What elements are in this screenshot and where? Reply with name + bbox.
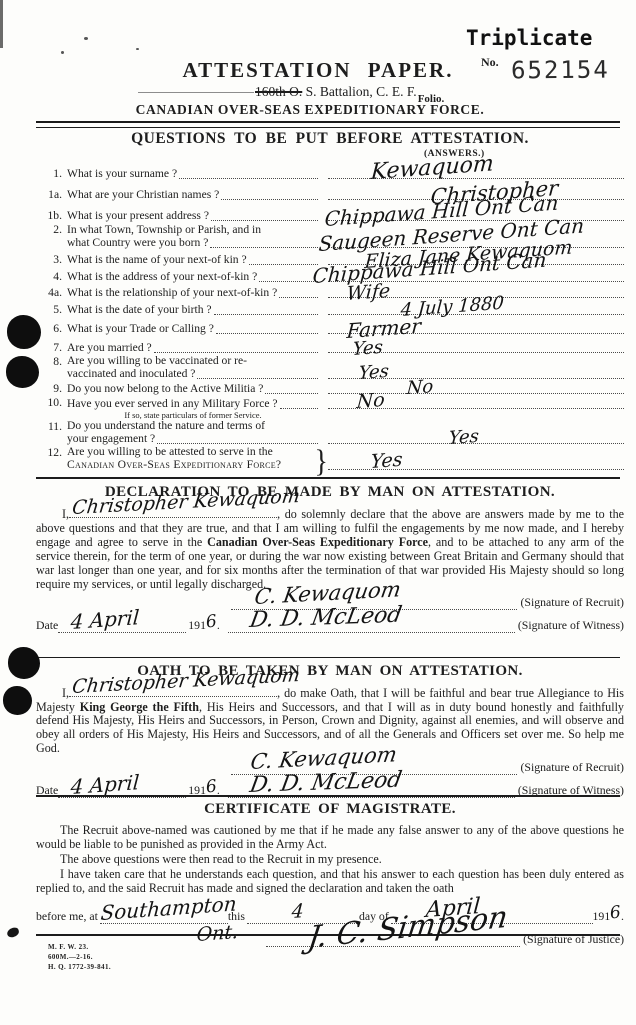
scan-speck [136,48,139,50]
date-label: Date [36,618,58,633]
question-number: 1b. [36,209,67,223]
question-row: 7. Are you married ? Yes [36,336,624,355]
dotted-leader [197,378,318,379]
question-text: what Country were you born ? [67,236,208,250]
force-name: CANADIAN OVER-SEAS EXPEDITIONARY FORCE. [0,102,620,118]
question-row: 11. Do you understand the nature and ter… [36,420,624,446]
answer-line: Yes [328,336,624,355]
dotted-leader [265,393,318,394]
declaration-section: DECLARATION TO BE MADE BY MAN ON ATTESTA… [36,482,624,633]
question-text: What is the relationship of your next-of… [67,286,277,300]
signature-witness-label: (Signature of Witness) [518,618,624,633]
dotted-leader [179,178,318,179]
before-me-label: before me, at [36,909,98,924]
question-text: Are you willing to be vaccinated or re- [67,354,247,368]
serial-number: 652154 [511,56,610,85]
handwritten-answer: Farmer [346,316,422,341]
attestation-paper-scan: Triplicate ATTESTATION PAPER. No. 652154… [0,0,636,1025]
certificate-heading: CERTIFICATE OF MAGISTRATE. [36,801,624,818]
day-handwritten: 4 [291,902,304,922]
year-printed: 191 [593,909,611,924]
question-number: 7. [36,341,67,355]
battalion-line: 160th O. S. Battalion, C. E. F.Folio. [138,84,443,100]
certificate-section: CERTIFICATE OF MAGISTRATE. The Recruit a… [36,799,624,947]
certificate-paragraph: The above questions were then read to th… [36,852,624,866]
dotted-leader [211,220,318,221]
question-row: 12. Are you willing to be attested to se… [36,446,624,472]
hole-punch [6,356,39,388]
certificate-paragraph: I have taken care that he understands ea… [36,867,624,895]
name-blank: Christopher Kewaquom [69,685,277,697]
answer-line: Farmer [328,317,624,336]
declaration-bold-phrase: Canadian Over-Seas Expeditionary Force [207,535,428,549]
province-handwritten: Ont. [196,923,239,945]
witness-line: D. D. McLeod [228,619,515,633]
dotted-leader [221,199,318,200]
form-code-line: M. F. W. 23. [48,942,111,952]
question-row: 5. What is the date of your birth ? 4 Ju… [36,300,624,317]
year-handwritten: 6 [205,614,218,632]
answer-line: Yes [328,446,624,472]
oath-section: OATH TO BE TAKEN BY MAN ON ATTESTATION. … [36,661,624,798]
questions-section: QUESTIONS TO BE PUT BEFORE ATTESTATION. … [36,130,624,472]
question-number: 4. [36,270,67,284]
question-row: 9. Do you now belong to the Active Milit… [36,381,624,396]
question-text: What is the date of your birth ? [67,303,212,317]
question-text: vaccinated and inoculated ? [67,367,195,381]
question-text: What is the address of your next-of-kin … [67,270,257,284]
section-rule [36,477,620,479]
declaration-paragraph: I,Christopher Kewaquom, do solemnly decl… [36,506,624,591]
hole-punch [3,686,32,715]
handwritten-answer: No [406,378,434,398]
intro-prefix: I, [62,686,69,700]
date-handwritten: 4 April [70,607,140,632]
year-handwritten: 6 [609,905,622,923]
question-text: What is your present address ? [67,209,209,223]
dotted-leader [216,333,318,334]
date-handwritten: 4 April [70,772,140,797]
handwritten-answer: Yes [370,451,403,472]
question-text: Are you willing to be attested to serve … [67,445,273,459]
double-rule [36,121,620,128]
scan-speck [61,51,64,54]
scan-speck [84,37,88,40]
date-line: 4 April [58,619,186,633]
question-number: 5. [36,303,67,317]
question-number: 4a. [36,286,67,300]
signature-recruit-label: (Signature of Recruit) [520,595,624,610]
hole-punch [8,647,40,679]
question-number: 9. [36,382,67,396]
battalion-text: S. Battalion, C. E. F. [306,84,417,99]
date-row: Date 4 April 1916. D. D. McLeod (Signatu… [36,616,624,633]
questions-heading: QUESTIONS TO BE PUT BEFORE ATTESTATION. [36,130,624,148]
question-text: Canadian Over-Seas Expeditionary Force? [67,458,281,472]
section-rule [36,657,620,658]
serial-no-label: No. [481,55,499,70]
dotted-leader [214,314,318,315]
year-printed: 191 [188,618,206,633]
question-text: In what Town, Township or Parish, and in [67,223,261,237]
oath-bold-phrase: King George the Fifth [80,700,199,714]
question-row: 8. Are you willing to be vaccinated or r… [36,355,624,381]
scan-edge-artifact [0,0,3,48]
witness-signature: D. D. McLeod [248,605,403,632]
strikethrough-battalion: 160th O. [255,84,302,99]
question-number: 11. [36,420,67,434]
answer-line: No [328,396,624,420]
handwritten-answer: Yes [352,339,383,359]
form-code-block: M. F. W. 23. 600M.—2-16. H. Q. 1772-39-8… [48,942,111,972]
printer-ornament-icon [6,927,20,939]
question-text: What are your Christian names ? [67,188,219,202]
handwritten-answer: Yes [358,363,389,383]
question-number: 12. [36,446,67,460]
question-text: Do you understand the nature and terms o… [67,419,265,433]
question-number: 2. [36,223,67,237]
dotted-leader [210,247,318,248]
handwritten-answer: Kewaquom [370,153,494,184]
handwritten-answer: No [356,391,385,412]
question-text: What is the name of your next-of kin ? [67,253,247,267]
question-number: 8. [36,355,67,369]
name-blank: Christopher Kewaquom [69,506,277,518]
question-text: What is your surname ? [67,167,177,181]
answer-line: Kewaquom [328,161,624,181]
question-text: Do you now belong to the Active Militia … [67,382,263,396]
question-row: 6. What is your Trade or Calling ? Farme… [36,317,624,336]
dotted-leader [259,281,318,282]
dotted-leader [280,408,318,409]
question-number: 10. [36,396,67,410]
signature-recruit-label: (Signature of Recruit) [520,760,624,775]
form-code-line: H. Q. 1772-39-841. [48,962,111,972]
dotted-leader [249,264,318,265]
question-number: 1. [36,167,67,181]
handwritten-answer: Wife [346,282,391,304]
question-number: 3. [36,253,67,267]
witness-signature: D. D. McLeod [248,770,403,797]
handwritten-answer: Yes [448,428,479,448]
certificate-paragraph: The Recruit above-named was cautioned by… [36,823,624,851]
copy-label: Triplicate [466,26,592,50]
question-text: Have you ever served in any Military For… [67,397,278,411]
question-row: 10. Have you ever served in any Military… [36,396,624,420]
answer-line: Yes [328,420,624,446]
place-line: Southampton [100,910,228,924]
rule-dash [138,92,254,93]
question-text: What is your Trade or Calling ? [67,322,214,336]
question-number: 1a. [36,188,67,202]
hole-punch [7,315,41,349]
form-code-line: 600M.—2-16. [48,952,111,962]
answer-line: Yes [328,355,624,381]
dotted-leader [279,297,318,298]
place-handwritten: Southampton [100,893,237,923]
intro-prefix: I, [62,507,69,521]
question-row: 4. What is the address of your next-of-k… [36,267,624,284]
section-rule [36,795,620,797]
brace-glyph: } [315,442,328,480]
